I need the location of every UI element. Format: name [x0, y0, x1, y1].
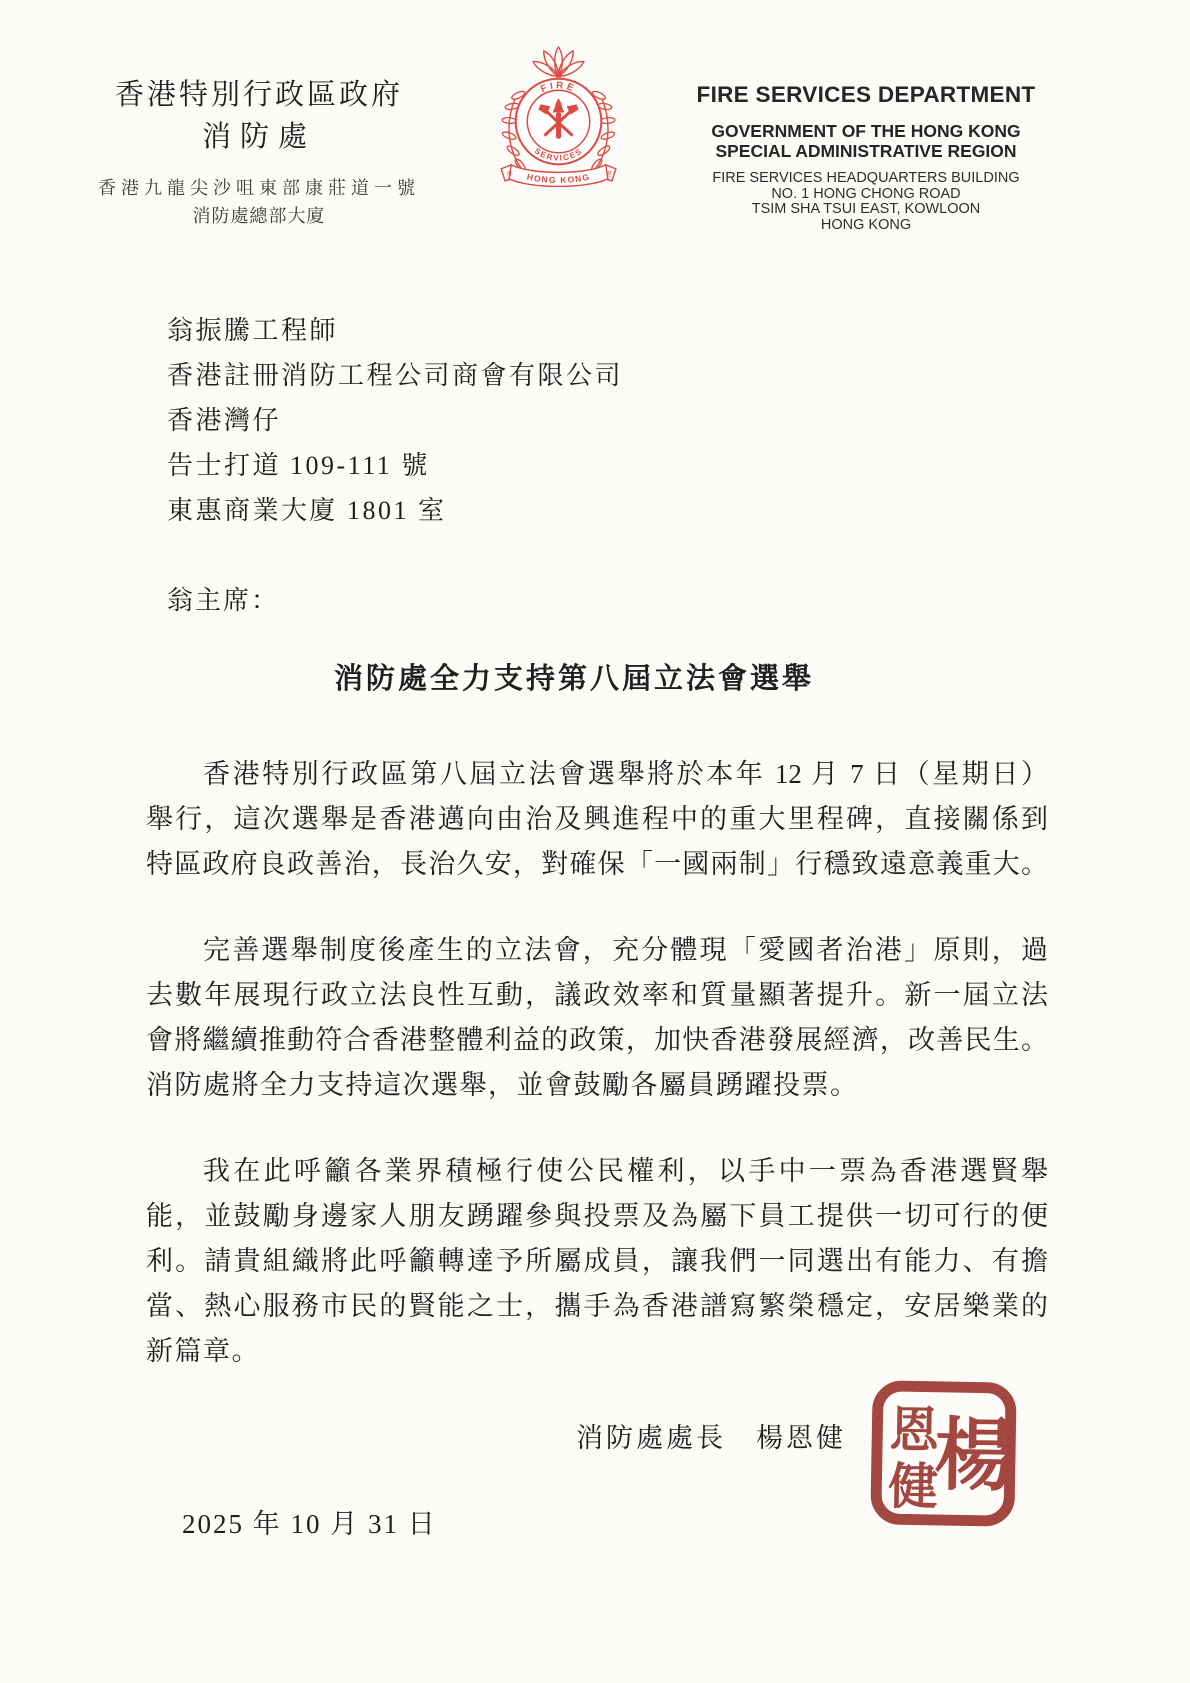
body-line: 去數年展現行政立法良性互動，議政效率和質量顯著提升。新一屆立法 — [146, 973, 1048, 1018]
bauhinia-flower-icon — [531, 47, 585, 79]
cn-address-line2: 消防處總部大廈 — [96, 202, 422, 230]
recipient-street: 告士打道 109-111 號 — [167, 443, 623, 488]
body-line: 我在此呼籲各業界積極行使公民權利，以手中一票為香港選賢舉 — [146, 1149, 1048, 1194]
seal-char-left-top: 恩 — [889, 1400, 941, 1460]
subject-title: 消防處全力支持第八屆立法會選舉 — [140, 656, 1008, 697]
paragraph-1: 香港特別行政區第八屆立法會選舉將於本年 12 月 7 日（星期日） 舉行，這次選… — [146, 752, 1048, 887]
body-line: 新篇章。 — [146, 1329, 1048, 1374]
fire-services-crest-icon: FIRE SERVICES 香 港 HONG KONG — [499, 46, 618, 187]
seal-char-left-bottom: 健 — [888, 1456, 939, 1516]
letterhead-english: FIRE SERVICES DEPARTMENT GOVERNMENT OF T… — [688, 82, 1044, 233]
salutation: 翁主席： — [167, 580, 279, 617]
en-address-line4: HONG KONG — [688, 218, 1044, 234]
body-line: 消防處將全力支持這次選舉，並會鼓勵各屬員踴躍投票。 — [146, 1063, 1048, 1108]
banner-cn-right: 港 — [606, 170, 612, 178]
letter-page: 香港特別行政區政府 消防處 香港九龍尖沙咀東部康莊道一號 消防處總部大廈 — [0, 0, 1190, 1683]
recipient-address: 翁振騰工程師 香港註冊消防工程公司商會有限公司 香港灣仔 告士打道 109-11… — [167, 308, 623, 533]
recipient-building: 東惠商業大廈 1801 室 — [167, 488, 623, 533]
body-line: 舉行，這次選舉是香港邁向由治及興進程中的重大里程碑，直接關係到 — [146, 797, 1048, 842]
banner-cn-left: 香 — [506, 170, 512, 178]
en-gov-line2: SPECIAL ADMINISTRATIVE REGION — [688, 141, 1044, 161]
body-line: 當、熱心服務市民的賢能之士，攜手為香港譜寫繁榮穩定，安居樂業的 — [146, 1284, 1048, 1329]
body-line: 香港特別行政區第八屆立法會選舉將於本年 12 月 7 日（星期日） — [146, 752, 1048, 797]
en-department-title: FIRE SERVICES DEPARTMENT — [688, 82, 1044, 108]
crest-banner: 香 港 HONG KONG — [501, 165, 616, 187]
body-line: 利。請貴組織將此呼籲轉達予所屬成員，讓我們一同選出有能力、有擔 — [146, 1239, 1048, 1284]
recipient-name: 翁振騰工程師 — [167, 308, 623, 353]
en-address-line2: NO. 1 HONG CHONG ROAD — [688, 187, 1044, 203]
paragraph-3: 我在此呼籲各業界積極行使公民權利，以手中一票為香港選賢舉 能，並鼓勵身邊家人朋友… — [146, 1149, 1048, 1374]
en-government-title: GOVERNMENT OF THE HONG KONG SPECIAL ADMI… — [688, 121, 1044, 161]
body-line: 會將繼續推動符合香港整體利益的政策，加快香港發展經濟，改善民生。 — [146, 1018, 1048, 1063]
letter-body: 香港特別行政區第八屆立法會選舉將於本年 12 月 7 日（星期日） 舉行，這次選… — [146, 752, 1048, 1415]
recipient-org: 香港註冊消防工程公司商會有限公司 — [167, 353, 623, 398]
body-line: 特區政府良政善治，長治久安，對確保「一國兩制」行穩致遠意義重大。 — [146, 842, 1048, 887]
cn-government-title: 香港特別行政區政府 — [96, 74, 422, 116]
en-address-line3: TSIM SHA TSUI EAST, KOWLOON — [688, 202, 1044, 218]
date-line: 2025 年 10 月 31 日 — [182, 1502, 437, 1541]
en-gov-line1: GOVERNMENT OF THE HONG KONG — [688, 121, 1044, 141]
letterhead-chinese: 香港特別行政區政府 消防處 香港九龍尖沙咀東部康莊道一號 消防處總部大廈 — [96, 74, 422, 230]
en-address-line1: FIRE SERVICES HEADQUARTERS BUILDING — [688, 171, 1044, 187]
signature-line: 消防處處長 楊恩健 — [576, 1416, 846, 1455]
name-seal-stamp: 楊 恩 健 — [868, 1378, 1020, 1530]
body-line: 能，並鼓勵身邊家人朋友踴躍參與投票及為屬下員工提供一切可行的便 — [146, 1194, 1048, 1239]
paragraph-2: 完善選舉制度後產生的立法會，充分體現「愛國者治港」原則，過 去數年展現行政立法良… — [146, 928, 1048, 1108]
cn-department-title: 消防處 — [96, 116, 422, 158]
cn-address-line1: 香港九龍尖沙咀東部康莊道一號 — [96, 174, 422, 202]
en-address: FIRE SERVICES HEADQUARTERS BUILDING NO. … — [688, 171, 1044, 233]
seal-char-right: 楊 — [934, 1407, 1015, 1502]
body-line: 完善選舉制度後產生的立法會，充分體現「愛國者治港」原則，過 — [146, 928, 1048, 973]
recipient-district: 香港灣仔 — [167, 398, 623, 443]
